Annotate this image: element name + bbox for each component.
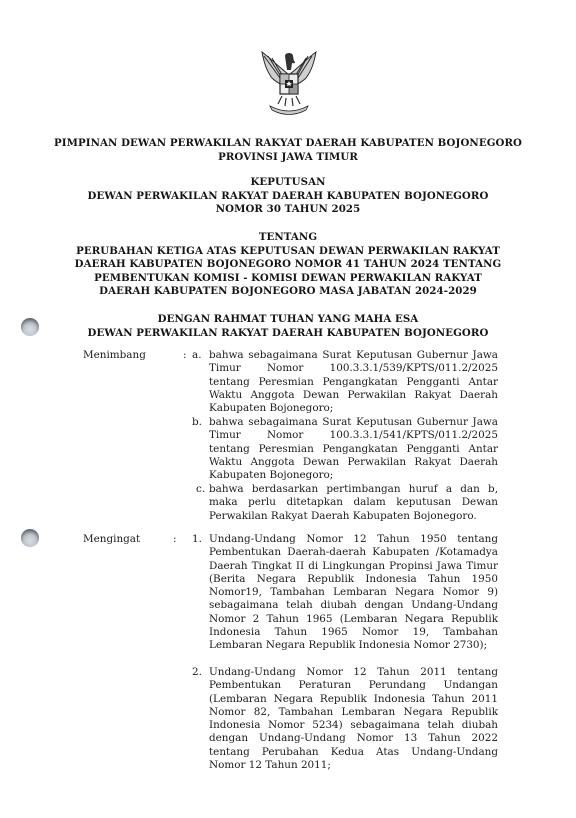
mengingat-item-2: Undang-Undang Nomor 12 Tahun 2011 tentan… (209, 666, 498, 772)
text-line: bahwa sebagaimana Surat Keputusan Gubern… (209, 416, 498, 429)
text-line: (Lembaran Negara Republik Indonesia Tahu… (209, 693, 498, 706)
decree-title: KEPUTUSAN DEWAN PERWAKILAN RAKYAT DAERAH… (0, 176, 576, 217)
invocation: DENGAN RAHMAT TUHAN YANG MAHA ESA DEWAN … (0, 313, 576, 340)
text-line: Waktu Anggota Dewan Perwakilan Rakyat Da… (209, 389, 498, 402)
subject-line: PEMBENTUKAN KOMISI - KOMISI DEWAN PERWAK… (0, 272, 576, 286)
decree-subject: TENTANG PERUBAHAN KETIGA ATAS KEPUTUSAN … (0, 231, 576, 299)
invocation-line: DEWAN PERWAKILAN RAKYAT DAERAH KABUPATEN… (0, 327, 576, 341)
text-line: sebagaimana telah diubah dengan Undang-U… (209, 599, 498, 612)
menimbang-colon: : (183, 349, 187, 361)
text-line: Indonesia Nomor 5234) sebagaimana telah … (209, 719, 498, 732)
text-line: Pembentukan Daerah-daerah Kabupaten /Kot… (209, 546, 498, 559)
menimbang-item-a: bahwa sebagaimana Surat Keputusan Gubern… (209, 349, 498, 415)
menimbang-label: Menimbang (83, 349, 146, 361)
mengingat-label: Mengingat (83, 533, 140, 545)
text-line: tentang Peresmian Pengangkatan Pengganti… (209, 376, 498, 389)
text-line: tentang Perubahan Kedua Atas Undang-Unda… (209, 746, 498, 759)
menimbang-item-b: bahwa sebagaimana Surat Keputusan Gubern… (209, 416, 498, 482)
menimbang-item-c: bahwa berdasarkan pertimbangan huruf a d… (209, 483, 498, 523)
text-line: Nomor19, Tambahan Lembaran Negara Nomor … (209, 586, 498, 599)
text-line: Timur Nomor 100.3.3.1/541/KPTS/011.2/202… (209, 429, 498, 442)
mengingat-colon: : (173, 533, 177, 545)
subject-label: TENTANG (0, 231, 576, 245)
text-line: bahwa berdasarkan pertimbangan huruf a d… (209, 483, 498, 496)
decree-issuer: DEWAN PERWAKILAN RAKYAT DAERAH KABUPATEN… (0, 190, 576, 204)
subject-line: DAERAH KABUPATEN BOJONEGORO MASA JABATAN… (0, 285, 576, 299)
text-line: Waktu Anggota Dewan Perwakilan Rakyat Da… (209, 456, 498, 469)
text-line: Nomor 82, Tambahan Lembaran Negara Repub… (209, 706, 498, 719)
text-line: Daerah Tingkat II di Lingkungan Propinsi… (209, 560, 498, 573)
text-line: Undang-Undang Nomor 12 Tahun 2011 tentan… (209, 666, 498, 679)
text-line: bahwa sebagaimana Surat Keputusan Gubern… (209, 349, 498, 362)
text-line: Perwakilan Rakyat Daerah Kabupaten Bojon… (209, 510, 498, 523)
institution-heading: PIMPINAN DEWAN PERWAKILAN RAKYAT DAERAH … (0, 137, 576, 164)
text-line: Nomor 12 Tahun 2011; (209, 759, 498, 772)
text-line: Undang-Undang Nomor 12 Tahun 1950 tentan… (209, 533, 498, 546)
punch-hole-bottom (21, 529, 39, 547)
text-line: Timur Nomor 100.3.3.1/539/KPTS/011.2/202… (209, 362, 498, 375)
text-line: maka perlu ditetapkan dalam keputusan De… (209, 496, 498, 509)
decree-type: KEPUTUSAN (0, 176, 576, 190)
text-line: dengan Undang-Undang Nomor 13 Tahun 2022 (209, 732, 498, 745)
item-marker: a. (192, 349, 202, 361)
item-marker: c. (196, 483, 205, 495)
mengingat-item-1: Undang-Undang Nomor 12 Tahun 1950 tentan… (209, 533, 498, 653)
text-line: Nomor 2 Tahun 1965 (Lembaran Negara Repu… (209, 613, 498, 626)
institution-line: PIMPINAN DEWAN PERWAKILAN RAKYAT DAERAH … (0, 137, 576, 151)
text-line: Lembaran Negara Republik Indonesia Nomor… (209, 639, 498, 652)
decree-number: NOMOR 30 TAHUN 2025 (0, 203, 576, 217)
text-line: Kabupaten Bojonegoro; (209, 469, 498, 482)
item-marker: 2. (192, 666, 202, 678)
text-line: Indonesia Tahun 1965 Nomor 19, Tambahan (209, 626, 498, 639)
item-marker: b. (192, 416, 202, 428)
subject-line: PERUBAHAN KETIGA ATAS KEPUTUSAN DEWAN PE… (0, 245, 576, 259)
province-line: PROVINSI JAWA TIMUR (0, 151, 576, 165)
invocation-line: DENGAN RAHMAT TUHAN YANG MAHA ESA (0, 313, 576, 327)
garuda-emblem-icon (258, 48, 320, 120)
text-line: (Berita Negara Republik Indonesia Tahun … (209, 573, 498, 586)
item-marker: 1. (192, 533, 202, 545)
text-line: Kabupaten Bojonegoro; (209, 402, 498, 415)
text-line: tentang Peresmian Pengangkatan Pengganti… (209, 443, 498, 456)
text-line: Pembentukan Peraturan Perundang Undangan (209, 679, 498, 692)
subject-line: DAERAH KABUPATEN BOJONEGORO NOMOR 41 TAH… (0, 258, 576, 272)
